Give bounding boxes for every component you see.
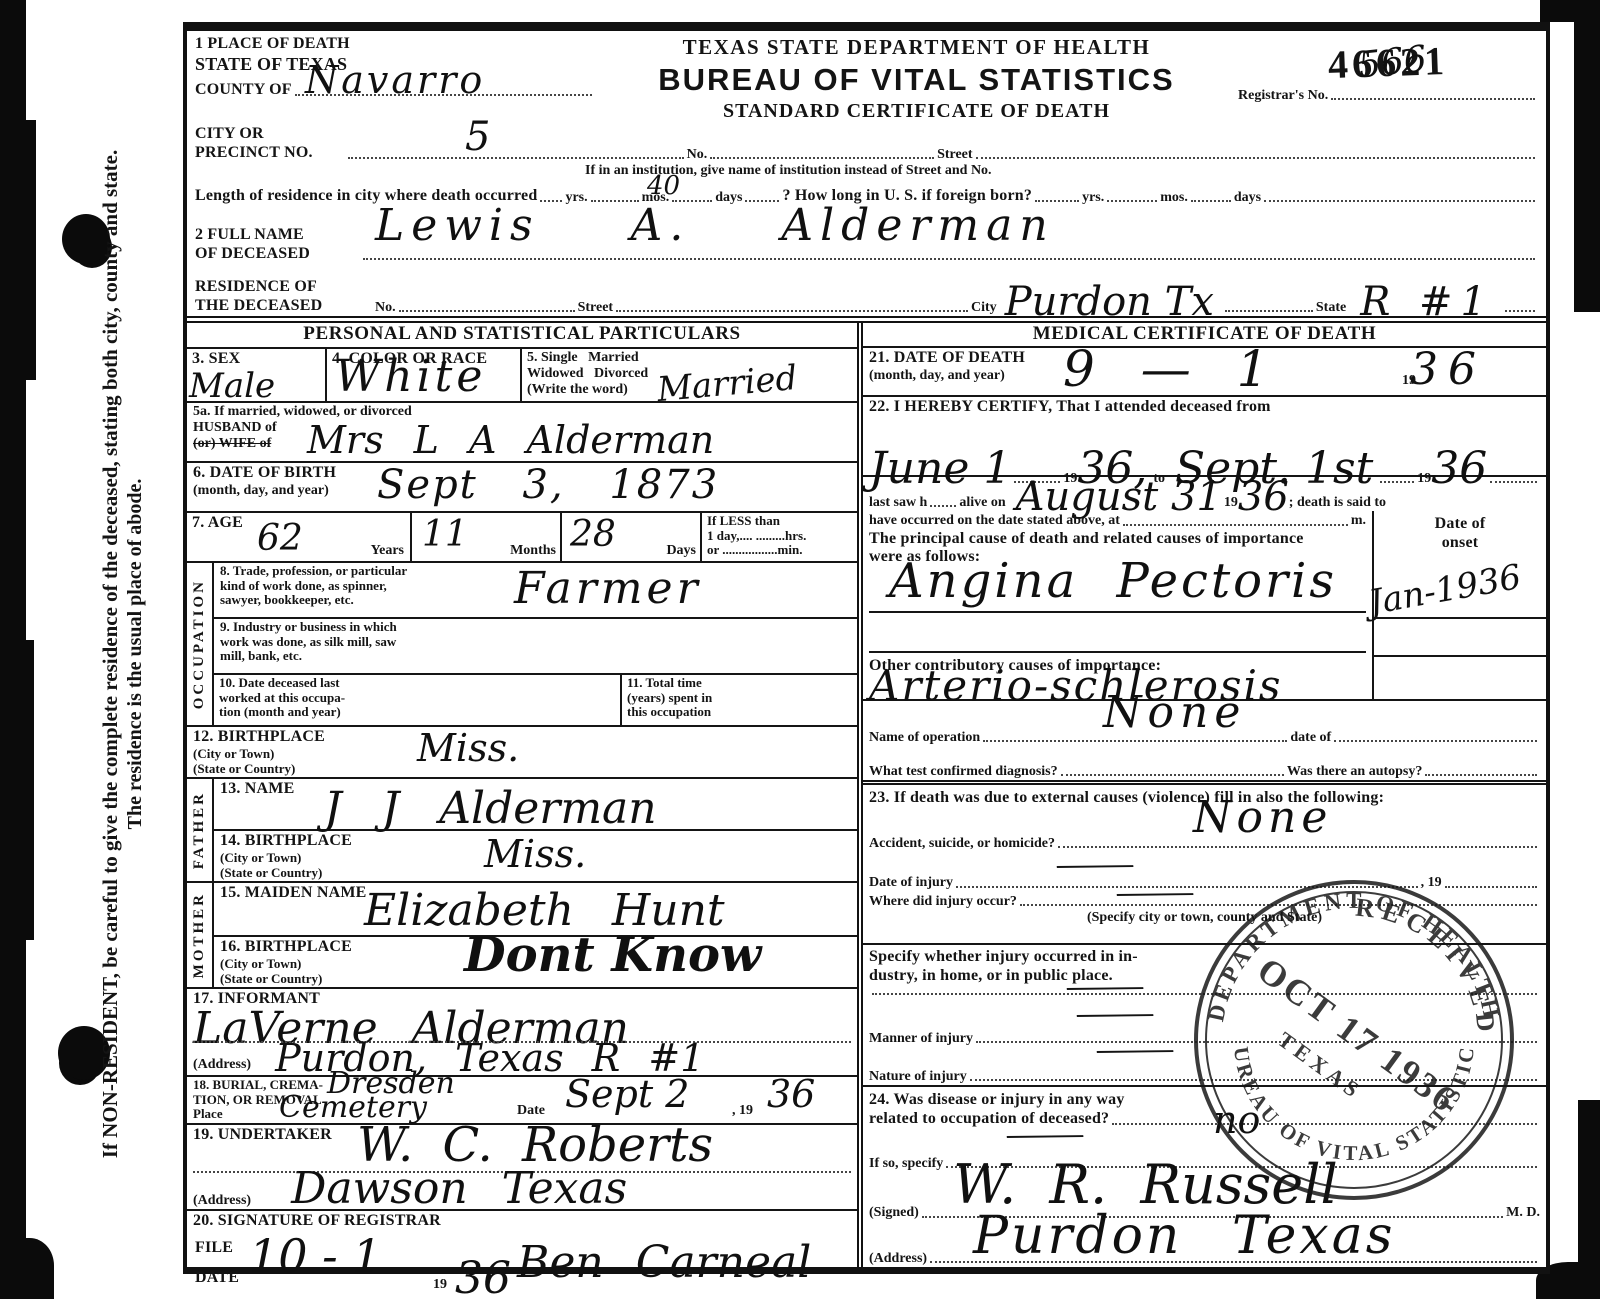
occupation-group: OCCUPATION 8. Trade, profession, or part… bbox=[187, 563, 857, 727]
date-of-death-row: 21. DATE OF DEATH (month, day, and year)… bbox=[863, 348, 1546, 397]
date-of-label: date of bbox=[1290, 730, 1331, 746]
no-label: No. bbox=[687, 147, 708, 163]
death-certificate-scan: If NON-RESIDENT, be careful to give the … bbox=[0, 0, 1600, 1299]
marital-widowed: Widowed bbox=[527, 366, 584, 381]
residence-label1: RESIDENCE OF bbox=[195, 278, 375, 297]
form-header: 1 PLACE OF DEATH STATE OF TEXAS COUNTY O… bbox=[187, 31, 1546, 316]
specify-dash: — bbox=[1062, 979, 1147, 995]
father-side-label: FATHER bbox=[187, 779, 214, 881]
onset-label1: Date of bbox=[1374, 515, 1546, 534]
cert-number-block: 46621 Registrar's No. 566 bbox=[1238, 35, 1538, 123]
undertaker-address-value: Dawson Texas bbox=[291, 1167, 627, 1211]
occurred-label: have occurred on the date stated above, … bbox=[869, 513, 1120, 529]
sex-value: Male bbox=[189, 369, 275, 403]
if-so-label: If so, specify bbox=[869, 1156, 943, 1172]
age-row: 7. AGE 62 Years 11 Months 28 Days If LES… bbox=[187, 513, 857, 563]
last-19-label: 19 bbox=[1224, 495, 1238, 511]
precinct-value: 5 bbox=[465, 117, 490, 157]
res-no-label: No. bbox=[375, 300, 396, 316]
mother-birthplace-row: 16. BIRTHPLACE (City or Town) (State or … bbox=[214, 937, 857, 987]
certify-label: 22. I HEREBY CERTIFY, That I attended de… bbox=[869, 398, 1540, 417]
marital-divorced: Divorced bbox=[594, 366, 648, 381]
date-label: DATE bbox=[195, 1269, 239, 1288]
file-label: FILE bbox=[195, 1239, 233, 1258]
last-saw-mid: alive on bbox=[959, 495, 1005, 511]
scan-edge-right-top bbox=[1574, 0, 1600, 312]
age-label: 7. AGE bbox=[192, 514, 243, 531]
less-than-label3: or .................min. bbox=[707, 543, 852, 558]
res-street-label: Street bbox=[578, 300, 614, 316]
physician-address-label: (Address) bbox=[869, 1251, 927, 1267]
scan-corner-top-right bbox=[1540, 0, 1600, 22]
operation-label: Name of operation bbox=[869, 730, 980, 746]
age-months-value: 11 bbox=[422, 517, 468, 553]
registrar-row: 20. SIGNATURE OF REGISTRAR FILE DATE 10 … bbox=[187, 1211, 857, 1267]
margin-note-line2: The residence is the usual place of abod… bbox=[123, 34, 147, 1274]
full-name-label2: OF DECEASED bbox=[195, 245, 360, 264]
city-or-label: CITY OR bbox=[195, 125, 345, 144]
onset-value: Jan-1936 bbox=[1366, 560, 1523, 620]
manner-dash: — bbox=[1072, 1006, 1157, 1022]
physician-address-row: (Address) Purdon Texas bbox=[863, 1222, 1546, 1267]
marital-single: 5. Single bbox=[527, 350, 578, 365]
marital-married: Married bbox=[588, 350, 639, 365]
total-time-label2: (years) spent in bbox=[627, 691, 852, 706]
last-saw-row: last saw h alive on August 31 19 36 ; de… bbox=[863, 477, 1546, 511]
state-label: State bbox=[1316, 300, 1346, 316]
received-stamp: DEPARTMENT OF HEALTH BUREAU OF VITAL STA… bbox=[1182, 868, 1526, 1212]
marital-value: Married bbox=[656, 361, 799, 407]
registrar-19-label: 19 bbox=[433, 1277, 447, 1293]
certificate-title: STANDARD CERTIFICATE OF DEATH bbox=[595, 100, 1238, 124]
principal-label1: The principal cause of death and related… bbox=[869, 530, 1366, 549]
last-worked-label1: 10. Date deceased last bbox=[219, 676, 615, 691]
age-years-value: 62 bbox=[257, 521, 303, 557]
occupation-side-label: OCCUPATION bbox=[187, 563, 214, 725]
stamp-received-text: RECEIVED bbox=[1354, 892, 1501, 1039]
birthplace-value: Miss. bbox=[417, 729, 519, 767]
injury-date-label: Date of injury bbox=[869, 875, 953, 891]
accident-row: Accident, suicide, or homicide? None bbox=[863, 808, 1546, 852]
occurred-m-label: m. bbox=[1351, 513, 1366, 529]
department-title: TEXAS STATE DEPARTMENT OF HEALTH bbox=[595, 35, 1238, 60]
total-time-label1: 11. Total time bbox=[627, 676, 852, 691]
registrar-signature: Ben Carneal bbox=[517, 1241, 811, 1285]
manner-label: Manner of injury bbox=[869, 1031, 973, 1047]
industry-label3: mill, bank, etc. bbox=[220, 649, 851, 664]
last-worked-label2: worked at this occupa- bbox=[219, 691, 615, 706]
last-saw-pre: last saw h bbox=[869, 495, 927, 511]
residence-label2: THE DECEASED bbox=[195, 297, 375, 316]
county-label: COUNTY OF bbox=[195, 81, 292, 100]
birthplace-row: 12. BIRTHPLACE (City or Town) (State or … bbox=[187, 727, 857, 779]
bureau-title: BUREAU OF VITAL STATISTICS bbox=[595, 62, 1238, 98]
trade-value: Farmer bbox=[514, 567, 702, 611]
test-row: What test confirmed diagnosis? Was there… bbox=[863, 746, 1546, 785]
institution-note: If in an institution, give name of insti… bbox=[195, 163, 1538, 179]
father-name-row: 13. NAME J J Alderman bbox=[214, 779, 857, 831]
certify-row: 22. I HEREBY CERTIFY, That I attended de… bbox=[863, 397, 1546, 477]
days-label: Days bbox=[666, 543, 696, 559]
accident-value: None bbox=[1193, 796, 1332, 840]
city-value: Purdon Tx bbox=[1005, 282, 1214, 322]
spouse-row: 5a. If married, widowed, or divorced HUS… bbox=[187, 403, 857, 463]
days2-label: days bbox=[1234, 190, 1261, 206]
father-name-value: J J Alderman bbox=[324, 787, 657, 831]
operation-row: Name of operation None date of bbox=[863, 701, 1546, 746]
county-value: Navarro bbox=[305, 61, 485, 99]
scan-edge-left-jag1 bbox=[26, 120, 36, 380]
dod-year-value: 36 bbox=[1410, 348, 1486, 392]
autopsy-label: Was there an autopsy? bbox=[1287, 764, 1422, 780]
father-birthplace-row: 14. BIRTHPLACE (City or Town) (State or … bbox=[214, 831, 857, 881]
birthplace-citytown: (City or Town) bbox=[193, 747, 851, 762]
full-name-value: Lewis A. Alderman bbox=[375, 204, 1055, 248]
full-name-row: 2 FULL NAME OF DECEASED Lewis A. Alderma… bbox=[195, 216, 1538, 264]
undertaker-address-label: (Address) bbox=[193, 1193, 251, 1209]
date-of-death-value: 9 — 1 bbox=[1063, 344, 1268, 394]
burial-date-value: Sept 2 bbox=[565, 1075, 689, 1113]
spouse-value: Mrs L A Alderman bbox=[307, 421, 714, 459]
city-label: City bbox=[971, 300, 997, 316]
nature-label: Nature of injury bbox=[869, 1069, 967, 1085]
physician-address-value: Purdon Texas bbox=[973, 1210, 1395, 1262]
nature-dash: — bbox=[1092, 1042, 1177, 1058]
birthplace-statecountry: (State or Country) bbox=[193, 762, 851, 777]
file-date-value: 10 - 1 bbox=[249, 1233, 382, 1279]
total-time-label3: this occupation bbox=[627, 705, 852, 720]
svg-text:RECEIVED: RECEIVED bbox=[1354, 892, 1501, 1039]
test-label: What test confirmed diagnosis? bbox=[869, 764, 1058, 780]
title-block: TEXAS STATE DEPARTMENT OF HEALTH BUREAU … bbox=[595, 35, 1238, 123]
last-worked-row: 10. Date deceased last worked at this oc… bbox=[214, 675, 857, 725]
undertaker-row: 19. UNDERTAKER W. C. Roberts (Address) D… bbox=[187, 1125, 857, 1211]
months-label: Months bbox=[510, 543, 556, 559]
last-saw-post: ; death is said to bbox=[1289, 495, 1386, 511]
signed-label: (Signed) bbox=[869, 1205, 919, 1221]
margin-note-line1: If NON-RESIDENT, be careful to give the … bbox=[98, 34, 123, 1274]
industry-label1: 9. Industry or business in which bbox=[220, 620, 851, 635]
birthplace-label: 12. BIRTHPLACE bbox=[193, 728, 851, 747]
less-than-label2: 1 day,.... .........hrs. bbox=[707, 529, 852, 544]
onset-box: Date of onset Jan-1936 bbox=[1372, 511, 1546, 698]
state-value: R #1 bbox=[1360, 282, 1494, 322]
father-birthplace-value: Miss. bbox=[484, 835, 586, 873]
yrs2-label: yrs. bbox=[1082, 190, 1104, 206]
burial-19-label: , 19 bbox=[732, 1103, 753, 1119]
accident-label: Accident, suicide, or homicide? bbox=[869, 836, 1055, 852]
file-year-value: 36 bbox=[455, 1257, 511, 1299]
dob-row: 6. DATE OF BIRTH (month, day, and year) … bbox=[187, 463, 857, 513]
scan-corner-bottom-left bbox=[0, 1238, 54, 1299]
burial-year-value: 36 bbox=[767, 1075, 815, 1113]
dob-value: Sept 3, 1873 bbox=[377, 465, 719, 505]
cause-value: Angina Pectoris bbox=[889, 557, 1337, 605]
precinct-label: PRECINCT NO. bbox=[195, 144, 345, 163]
years-label: Years bbox=[371, 543, 404, 559]
trade-row: 8. Trade, profession, or particular kind… bbox=[214, 563, 857, 619]
color-value: White bbox=[335, 355, 486, 399]
informant-address-label: (Address) bbox=[193, 1057, 251, 1073]
if-so-dash: — bbox=[1002, 1127, 1087, 1143]
margin-note: If NON-RESIDENT, be careful to give the … bbox=[98, 34, 150, 1274]
place-of-death-label: 1 PLACE OF DEATH bbox=[195, 35, 595, 54]
age-days-value: 28 bbox=[570, 517, 616, 553]
scan-edge-left-jag2 bbox=[26, 640, 34, 940]
mother-side-label: MOTHER bbox=[187, 883, 214, 987]
personal-title: PERSONAL AND STATISTICAL PARTICULARS bbox=[187, 323, 857, 349]
undertaker-value: W. C. Roberts bbox=[357, 1121, 713, 1169]
place-of-death-block: 1 PLACE OF DEATH STATE OF TEXAS COUNTY O… bbox=[195, 35, 595, 123]
full-name-label1: 2 FULL NAME bbox=[195, 226, 360, 245]
cause-block: have occurred on the date stated above, … bbox=[863, 511, 1546, 700]
last-worked-label3: tion (month and year) bbox=[219, 705, 615, 720]
street-label: Street bbox=[937, 147, 973, 163]
mos2-label: mos. bbox=[1160, 190, 1188, 206]
injury-where-label: Where did injury occur? bbox=[869, 894, 1017, 910]
precinct-row: CITY OR PRECINCT NO. 5 No. Street bbox=[195, 125, 1538, 163]
injury-date-dash: — bbox=[1052, 857, 1137, 873]
father-group: FATHER 13. NAME J J Alderman 14. BIRTHPL… bbox=[187, 779, 857, 883]
registrar-no-value: 566 bbox=[1356, 42, 1428, 85]
mother-birthplace-value: Dont Know bbox=[464, 931, 761, 979]
residence-length-value: 40 bbox=[647, 173, 680, 199]
sex-race-marital-row: 3. SEX Male 4. COLOR OR RACE White 5. Si… bbox=[187, 349, 857, 403]
residence-row: RESIDENCE OF THE DECEASED No. Street Cit… bbox=[195, 270, 1538, 316]
informant-row: 17. INFORMANT LaVerne Alderman (Address)… bbox=[187, 989, 857, 1077]
less-than-label1: If LESS than bbox=[707, 514, 852, 529]
personal-column: PERSONAL AND STATISTICAL PARTICULARS 3. … bbox=[187, 323, 857, 1267]
scan-edge-left bbox=[0, 0, 26, 1299]
mother-group: MOTHER 15. MAIDEN NAME Elizabeth Hunt 16… bbox=[187, 883, 857, 989]
industry-label2: work was done, as silk mill, saw bbox=[220, 635, 851, 650]
industry-row: 9. Industry or business in which work wa… bbox=[214, 619, 857, 675]
onset-label2: onset bbox=[1374, 534, 1546, 553]
operation-value: None bbox=[1103, 691, 1246, 735]
